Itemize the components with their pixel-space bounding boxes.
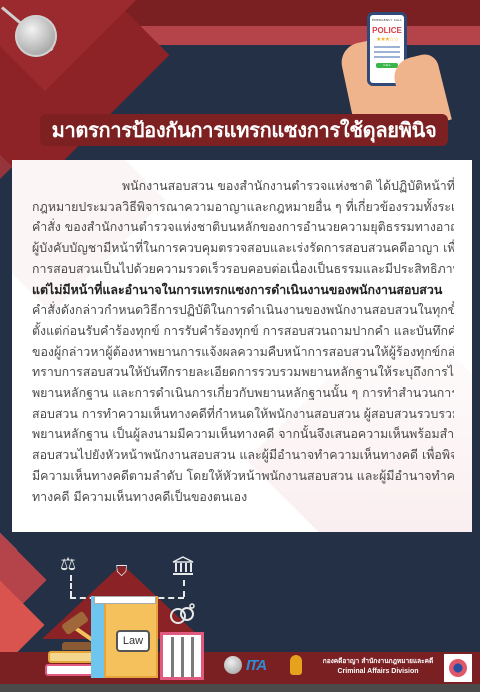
- book-icon: [48, 651, 96, 663]
- paragraph-line: พยานหลักฐาน และการดำเนินการเกี่ยวกับพยาน…: [32, 383, 454, 404]
- paragraph-line: พนักงานสอบสวน ของสำนักงานตำรวจแห่งชาติ ไ…: [32, 176, 454, 197]
- paragraph-line: ทราบการสอบสวนให้บันทึกรายละเอียดการรวบรว…: [32, 362, 454, 383]
- connector-line: [183, 580, 185, 597]
- jail-bar: [171, 637, 174, 677]
- law-book-label: Law: [116, 630, 150, 652]
- royal-emblem-logo: [290, 655, 302, 675]
- paragraph-line: พยานหลักฐาน เป็นผู้ลงนามมีความเห็นทางคดี…: [32, 424, 454, 445]
- phone-text-line: [374, 46, 400, 48]
- paragraph-line-emphasis: แต่ไม่มีหน้าที่และอำนาจในการแทรกแซงการดำ…: [32, 280, 454, 301]
- itx-logo: ITA: [246, 657, 266, 674]
- phone-header-text: EMERGENCY CALL: [370, 18, 404, 22]
- paragraph-line: สอบสวน การทำความเห็นทางคดีที่กำหนดให้พนั…: [32, 404, 454, 425]
- law-book-spine: [91, 596, 105, 678]
- jail-bar: [181, 637, 184, 677]
- paragraph-line: มีความเห็นทางคดีตามลำดับ โดยให้หัวหน้าพน…: [32, 466, 454, 487]
- footer-gray-strip: [0, 684, 480, 692]
- law-book-pages: [94, 596, 156, 604]
- paragraph-line: ตั้งแต่ก่อนรับคำร้องทุกข์ การรับคำร้องทุ…: [32, 321, 454, 342]
- phone-text-line: [374, 56, 400, 58]
- police-badge-icon: ⛉: [116, 561, 134, 581]
- criminal-affairs-division-logo: [444, 654, 472, 682]
- gavel-block-icon: [62, 642, 92, 650]
- police-seal-logo: [224, 656, 242, 674]
- handcuffs-icon: [168, 603, 198, 625]
- paragraph-line: ของผู้กล่าวหาผู้ต้องหาพยานการแจ้งผลความค…: [32, 342, 454, 363]
- scales-of-justice-icon: ⚖: [60, 555, 82, 575]
- paragraph-line: การสอบสวนเป็นไปด้วยความรวดเร็วรอบคอบต่อเ…: [32, 259, 454, 280]
- poster: EMERGENCY CALL POLICE ★★★☆☆ CALL มาตรการ…: [0, 0, 480, 692]
- phone-police-label: POLICE: [370, 26, 404, 35]
- jail-bar: [191, 637, 194, 677]
- courthouse-icon: [172, 555, 194, 577]
- division-name-thai: กองคดีอาญา สำนักงานกฎหมายและคดี: [320, 656, 436, 666]
- page-title: มาตรการป้องกันการแทรกแซงการใช้ดุลยพินิจ: [40, 114, 448, 146]
- content-card: พนักงานสอบสวน ของสำนักงานตำรวจแห่งชาติ ไ…: [12, 160, 472, 532]
- paragraph-line: กฎหมายประมวลวิธีพิจารณาความอาญาและกฎหมาย…: [32, 197, 454, 218]
- phone-text-line: [374, 51, 400, 53]
- paragraph-line: คำสั่ง ของสำนักงานตำรวจแห่งชาติบนหลักของ…: [32, 217, 454, 238]
- body-paragraph: พนักงานสอบสวน ของสำนักงานตำรวจแห่งชาติ ไ…: [32, 176, 454, 507]
- connector-line: [70, 575, 72, 597]
- phone-call-button: CALL: [376, 63, 398, 68]
- rating-stars-icon: ★★★☆☆: [370, 36, 404, 43]
- book-icon: [45, 664, 93, 676]
- division-emblem-icon: [449, 659, 467, 677]
- division-name-english: Criminal Affairs Division: [320, 668, 436, 675]
- paragraph-line: ผู้บังคับบัญชามีหน้าที่ในการควบคุมตรวจสอ…: [32, 238, 454, 259]
- paragraph-line: คำสั่งดังกล่าวกำหนดวิธีการปฏิบัติในการดำ…: [32, 300, 454, 321]
- jail-bars-icon: [160, 632, 204, 680]
- paragraph-line: สอบสวนไปยังหัวหน้าพนักงานสอบสวน และผู้มี…: [32, 445, 454, 466]
- royal-thai-police-seal-icon: [15, 15, 57, 57]
- title-banner: มาตรการป้องกันการแทรกแซงการใช้ดุลยพินิจ: [40, 114, 448, 146]
- paragraph-line: ทางคดี มีความเห็นทางคดีเป็นของตนเอง: [32, 487, 454, 508]
